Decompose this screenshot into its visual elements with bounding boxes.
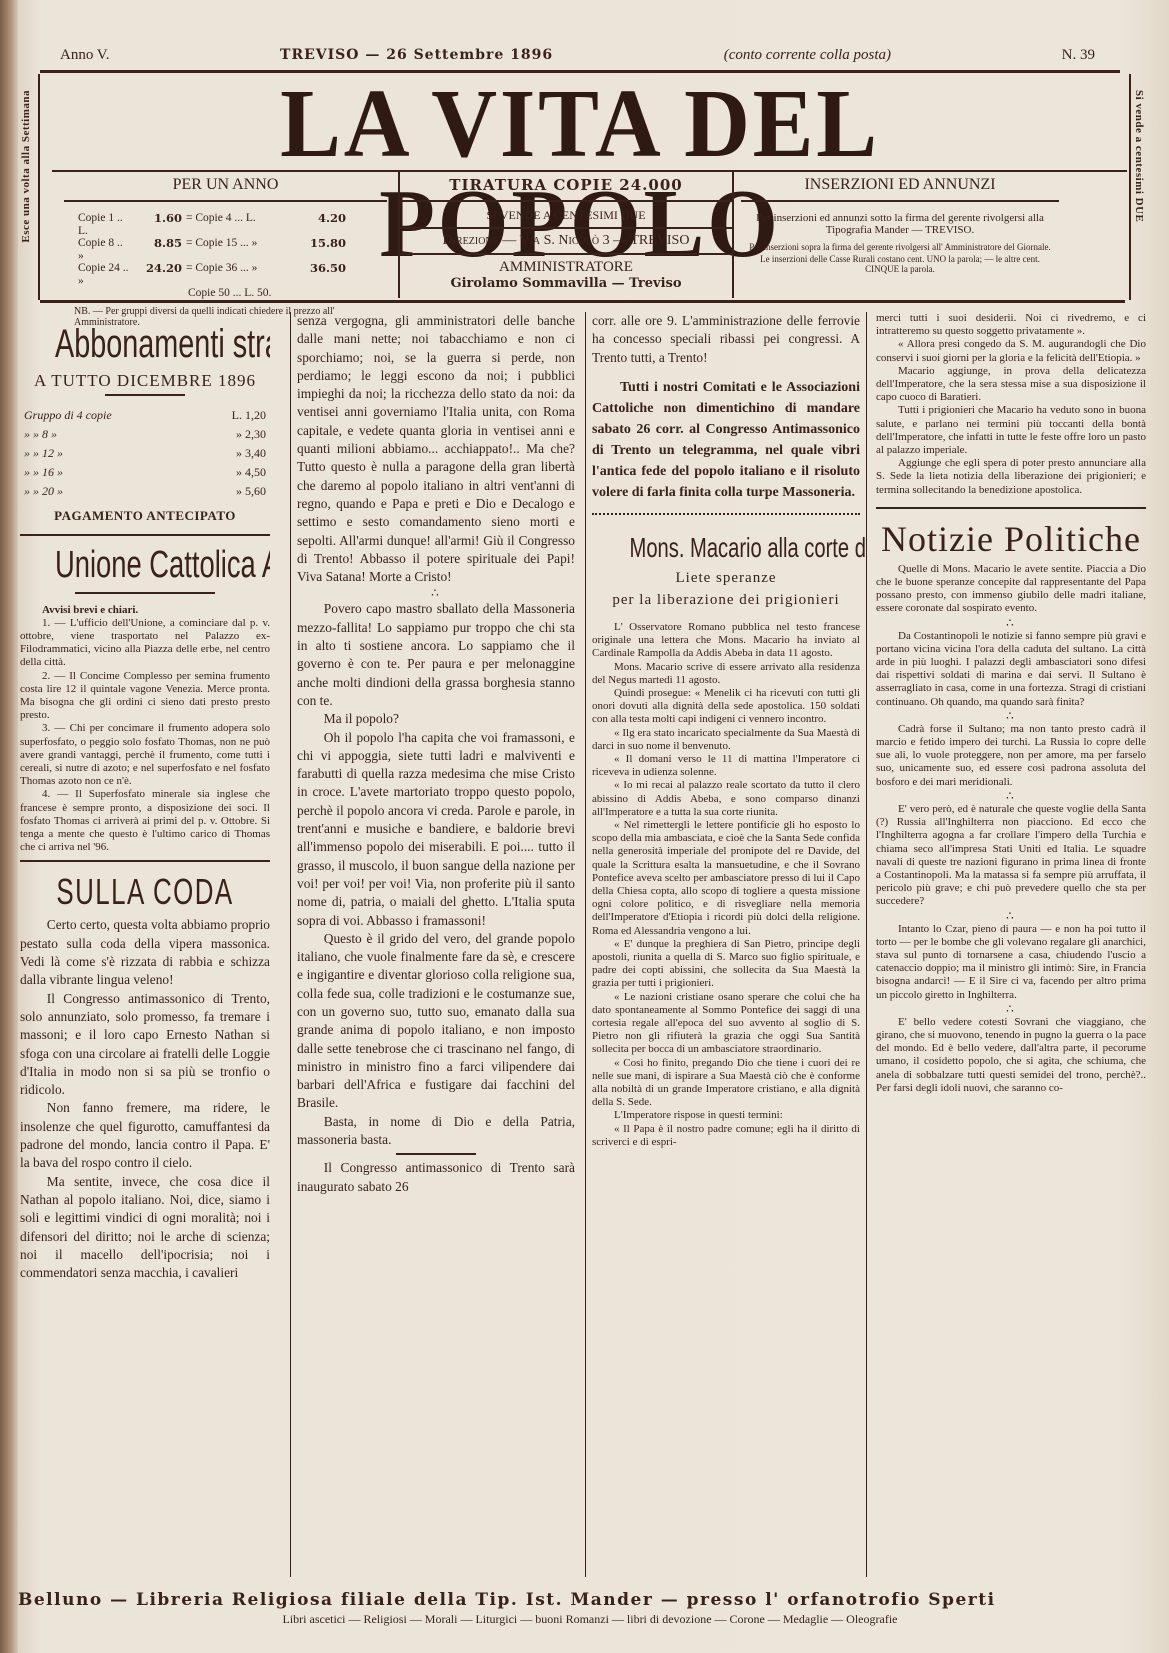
article-paragraph: Da Costantinopoli le notizie si fanno se… xyxy=(876,630,1146,709)
price-label: = Copie 4 ... L. xyxy=(182,212,296,237)
article-paragraph: Il Congresso antimassonico di Trento, so… xyxy=(20,990,270,1100)
article-paragraph: « Allora presi congedo da S. M. augurand… xyxy=(876,338,1146,364)
tariff-label: » » 20 » xyxy=(24,482,63,501)
headline-macario: Mons. Macario alla corte di Menelick xyxy=(630,529,823,567)
tariff-row: » » 20 »» 5,60 xyxy=(24,482,266,501)
article-paragraph: « Il Papa è il nostro padre comune; egli… xyxy=(592,1123,860,1149)
tariff-price: » 2,30 xyxy=(236,425,266,444)
section-break-asterism: ∴ xyxy=(876,709,1146,723)
tariff-price: » 3,40 xyxy=(236,444,266,463)
article-paragraph: Questo è il grido del vero, del grande p… xyxy=(297,930,575,1113)
section-break-asterism: ∴ xyxy=(876,789,1146,803)
newspaper-page: Anno V. TREVISO — 26 Settembre 1896 (con… xyxy=(0,0,1169,1653)
subscription-heading: PER UN ANNO xyxy=(58,172,393,198)
headline-abbonamenti: Abbonamenti straordinari xyxy=(55,320,235,368)
tariff-price: » 5,60 xyxy=(236,482,266,501)
article-intro: Avvisi brevi e chiari. xyxy=(20,604,270,617)
price-notice: SI VENDE A CENTESIMI DUE xyxy=(400,204,732,229)
article-paragraph: Certo certo, questa volta abbiamo propri… xyxy=(20,916,270,989)
article-paragraph: Quindi prosegue: « Menelik ci ha ricevut… xyxy=(592,687,860,727)
tariff-label: Gruppo di 4 copie xyxy=(24,406,112,425)
price-row-last: Copie 50 ... L. 50. xyxy=(78,287,393,300)
advertising-terms-admin: Per inserzioni sopra la firma del gerent… xyxy=(735,236,1065,252)
article-macario-continued: merci tutti i suoi desiderii. Noi ci riv… xyxy=(876,312,1146,497)
footer-bookshop-line: Belluno — Libreria Religiosa filiale del… xyxy=(18,1590,1158,1610)
article-paragraph: merci tutti i suoi desiderii. Noi ci riv… xyxy=(876,312,1146,338)
article-paragraph: corr. alle ore 9. L'amministrazione dell… xyxy=(592,312,860,367)
article-paragraph: 2. — Il Concime Complesso per semina fru… xyxy=(20,670,270,723)
article-paragraph: L' Osservatore Romano pubblica nel testo… xyxy=(592,621,860,661)
article-paragraph: « Nel rimettergli le lettere pontificie … xyxy=(592,819,860,938)
article-paragraph: E' vero però, ed è naturale che queste v… xyxy=(876,803,1146,909)
masthead-left-rule xyxy=(38,74,40,300)
footer-products-line: Libri ascetici — Religiosi — Morali — Li… xyxy=(140,1612,1040,1627)
article-paragraph: 3. — Chi per concimare il frumento adope… xyxy=(20,722,270,788)
circulation-figure: TIRATURA COPIE 24.000 xyxy=(400,172,732,198)
divider xyxy=(400,200,732,202)
article-sulla-coda: Certo certo, questa volta abbiamo propri… xyxy=(20,916,270,1282)
appeal-paragraph: Tutti i nostri Comitati e le Associazion… xyxy=(592,377,860,503)
editorial-address: Direzione — Via S. Nicolò 3 — TREVISO xyxy=(400,229,732,255)
subheading-until-december: A TUTTO DICEMBRE 1896 xyxy=(20,372,270,390)
article-paragraph: Ma sentite, invece, che cosa dice il Nat… xyxy=(20,1173,270,1283)
dateline-bar: Anno V. TREVISO — 26 Settembre 1896 (con… xyxy=(60,42,1095,68)
advertising-terms: Per inserzioni ed annunzi sotto la firma… xyxy=(735,204,1065,236)
dateline: TREVISO — 26 Settembre 1896 xyxy=(280,47,553,63)
price-label: Copie 50 ... L. 50. xyxy=(188,287,271,300)
article-paragraph: Macario aggiunge, in prova della delicat… xyxy=(876,365,1146,405)
headline-notizie-politiche: Notizie Politiche xyxy=(876,515,1146,563)
tariff-label: » » 12 » xyxy=(24,444,63,463)
advertising-box: INSERZIONI ED ANNUNZI Per inserzioni ed … xyxy=(735,172,1065,298)
tariff-price: L. 1,20 xyxy=(232,406,266,425)
group-tariff-table: Gruppo di 4 copieL. 1,20 » » 8 »» 2,30 »… xyxy=(20,406,270,501)
article-paragraph: Tutti i prigionieri che Macario ha vedut… xyxy=(876,404,1146,457)
section-break-asterism: ∴ xyxy=(876,616,1146,630)
article-paragraph: « Il domani verso le 11 di mattina l'Imp… xyxy=(592,753,860,779)
divider xyxy=(876,507,1146,509)
tariff-row: Gruppo di 4 copieL. 1,20 xyxy=(24,406,266,425)
price-value: 4.20 xyxy=(296,212,346,237)
divider xyxy=(64,200,387,202)
divider xyxy=(75,592,215,594)
price-value: 36.50 xyxy=(296,262,346,287)
article-paragraph: Ma il popolo? xyxy=(297,710,575,728)
article-paragraph: senza vergogna, gli amministratori delle… xyxy=(297,312,575,586)
advertising-rates: Le inserzioni delle Casse Rurali costano… xyxy=(735,252,1065,274)
article-paragraph: Non fanno fremere, ma ridere, le insolen… xyxy=(20,1099,270,1172)
headline-sulla-coda: SULLA CODA xyxy=(55,868,235,916)
article-paragraph: E' bello vedere cotesti Sovrani che viag… xyxy=(876,1016,1146,1095)
section-break-asterism: ∴ xyxy=(297,586,575,600)
column-1: Abbonamenti straordinari A TUTTO DICEMBR… xyxy=(20,312,270,1577)
issue-number: N. 39 xyxy=(1062,47,1095,64)
article-paragraph: Oh il popolo l'ha capita che voi framass… xyxy=(297,729,575,930)
divider xyxy=(105,394,185,396)
tariff-row: » » 16 »» 4,50 xyxy=(24,463,266,482)
column-2: senza vergogna, gli amministratori delle… xyxy=(290,312,575,1577)
article-paragraph: « Così ho finito, pregando Dio che tiene… xyxy=(592,1057,860,1110)
subscription-box: PER UN ANNO Copie 1 .. L. 1.60 = Copie 4… xyxy=(58,172,393,298)
article-paragraph: « E' dunque la preghiera di San Pietro, … xyxy=(592,938,860,991)
article-paragraph: Aggiunge che egli spera di poter presto … xyxy=(876,457,1146,497)
article-paragraph: 4. — Il Superfosfato minerale sia ingles… xyxy=(20,788,270,854)
tariff-label: » » 16 » xyxy=(24,463,63,482)
price-row: Copie 1 .. L. 1.60 = Copie 4 ... L. 4.20 xyxy=(78,212,393,237)
circulation-box: TIRATURA COPIE 24.000 SI VENDE A CENTESI… xyxy=(398,172,734,298)
article-paragraph: « Ilg era stato incaricato specialmente … xyxy=(592,727,860,753)
article-paragraph: 1. — L'ufficio dell'Unione, a cominciare… xyxy=(20,617,270,670)
price-label: = Copie 36 ... » xyxy=(182,262,296,287)
tariff-row: » » 8 »» 2,30 xyxy=(24,425,266,444)
divider xyxy=(741,200,1059,202)
masthead-bottom-rule xyxy=(40,300,1125,303)
article-paragraph: Cadrà forse il Sultano; ma non tanto pre… xyxy=(876,723,1146,789)
administrator-name: Girolamo Sommavilla — Treviso xyxy=(400,276,732,291)
price-row: Copie 8 .. » 8.85 = Copie 15 ... » 15.80 xyxy=(78,237,393,262)
side-note-left: Esce una volta alla Settimana xyxy=(20,90,32,243)
price-value: 15.80 xyxy=(296,237,346,262)
advertising-heading: INSERZIONI ED ANNUNZI xyxy=(735,172,1065,198)
article-paragraph: Mons. Macario scrive di essere arrivato … xyxy=(592,661,860,687)
price-value: 24.20 xyxy=(130,262,182,287)
masthead-right-rule xyxy=(1129,74,1131,300)
administrator-label: AMMINISTRATORE xyxy=(400,255,732,276)
price-label: Copie 8 .. » xyxy=(78,237,130,262)
column-4: merci tutti i suoi desiderii. Noi ci riv… xyxy=(870,312,1146,1577)
divider xyxy=(20,534,270,536)
price-label: = Copie 15 ... » xyxy=(182,237,296,262)
side-note-right: Si vende a centesimi DUE xyxy=(1133,90,1145,222)
binding-edge xyxy=(0,0,18,1653)
divider xyxy=(592,513,860,519)
newspaper-title: LA VITA DEL POPOLO xyxy=(162,74,999,174)
divider xyxy=(20,860,270,862)
article-paragraph: L'Imperatore rispose in questi termini: xyxy=(592,1109,860,1122)
divider xyxy=(396,1153,476,1155)
article-paragraph: Intanto lo Czar, pieno di paura — e non … xyxy=(876,923,1146,1002)
article-paragraph: Il Congresso antimassonico di Trento sar… xyxy=(297,1159,575,1196)
price-label: Copie 1 .. L. xyxy=(78,212,130,237)
headline-unione-cattolica: Unione Cattolica Agricola xyxy=(55,542,235,588)
column-3: corr. alle ore 9. L'amministrazione dell… xyxy=(585,312,867,1577)
article-paragraph: « Le nazioni cristiane osano sperare che… xyxy=(592,991,860,1057)
tariff-row: » » 12 »» 3,40 xyxy=(24,444,266,463)
article-paragraph: Quelle di Mons. Macario le avete sentite… xyxy=(876,563,1146,616)
article-notizie-politiche: Quelle di Mons. Macario le avete sentite… xyxy=(876,563,1146,1095)
section-break-asterism: ∴ xyxy=(876,909,1146,923)
tariff-label: » » 8 » xyxy=(24,425,57,444)
subscription-price-grid: Copie 1 .. L. 1.60 = Copie 4 ... L. 4.20… xyxy=(58,204,393,300)
price-value: 1.60 xyxy=(130,212,182,237)
subheading-liberazione: per la liberazione dei prigionieri xyxy=(592,589,860,611)
payment-terms: PAGAMENTO ANTECIPATO xyxy=(20,507,270,525)
section-break-asterism: ∴ xyxy=(876,1002,1146,1016)
article-paragraph: « Io mi recai al palazzo reale scortato … xyxy=(592,779,860,819)
article-unione: Avvisi brevi e chiari. 1. — L'ufficio de… xyxy=(20,604,270,855)
tariff-price: » 4,50 xyxy=(236,463,266,482)
postal-account-note: (conto corrente colla posta) xyxy=(724,47,891,64)
article-macario: L' Osservatore Romano pubblica nel testo… xyxy=(592,621,860,1149)
price-label: Copie 24 .. » xyxy=(78,262,130,287)
volume-year: Anno V. xyxy=(60,47,109,64)
subheading-liete-speranze: Liete speranze xyxy=(592,567,860,589)
article-paragraph: Basta, in nome di Dio e della Patria, ma… xyxy=(297,1113,575,1150)
article-paragraph: Povero capo mastro sballato della Masson… xyxy=(297,600,575,710)
price-row: Copie 24 .. » 24.20 = Copie 36 ... » 36.… xyxy=(78,262,393,287)
price-value: 8.85 xyxy=(130,237,182,262)
